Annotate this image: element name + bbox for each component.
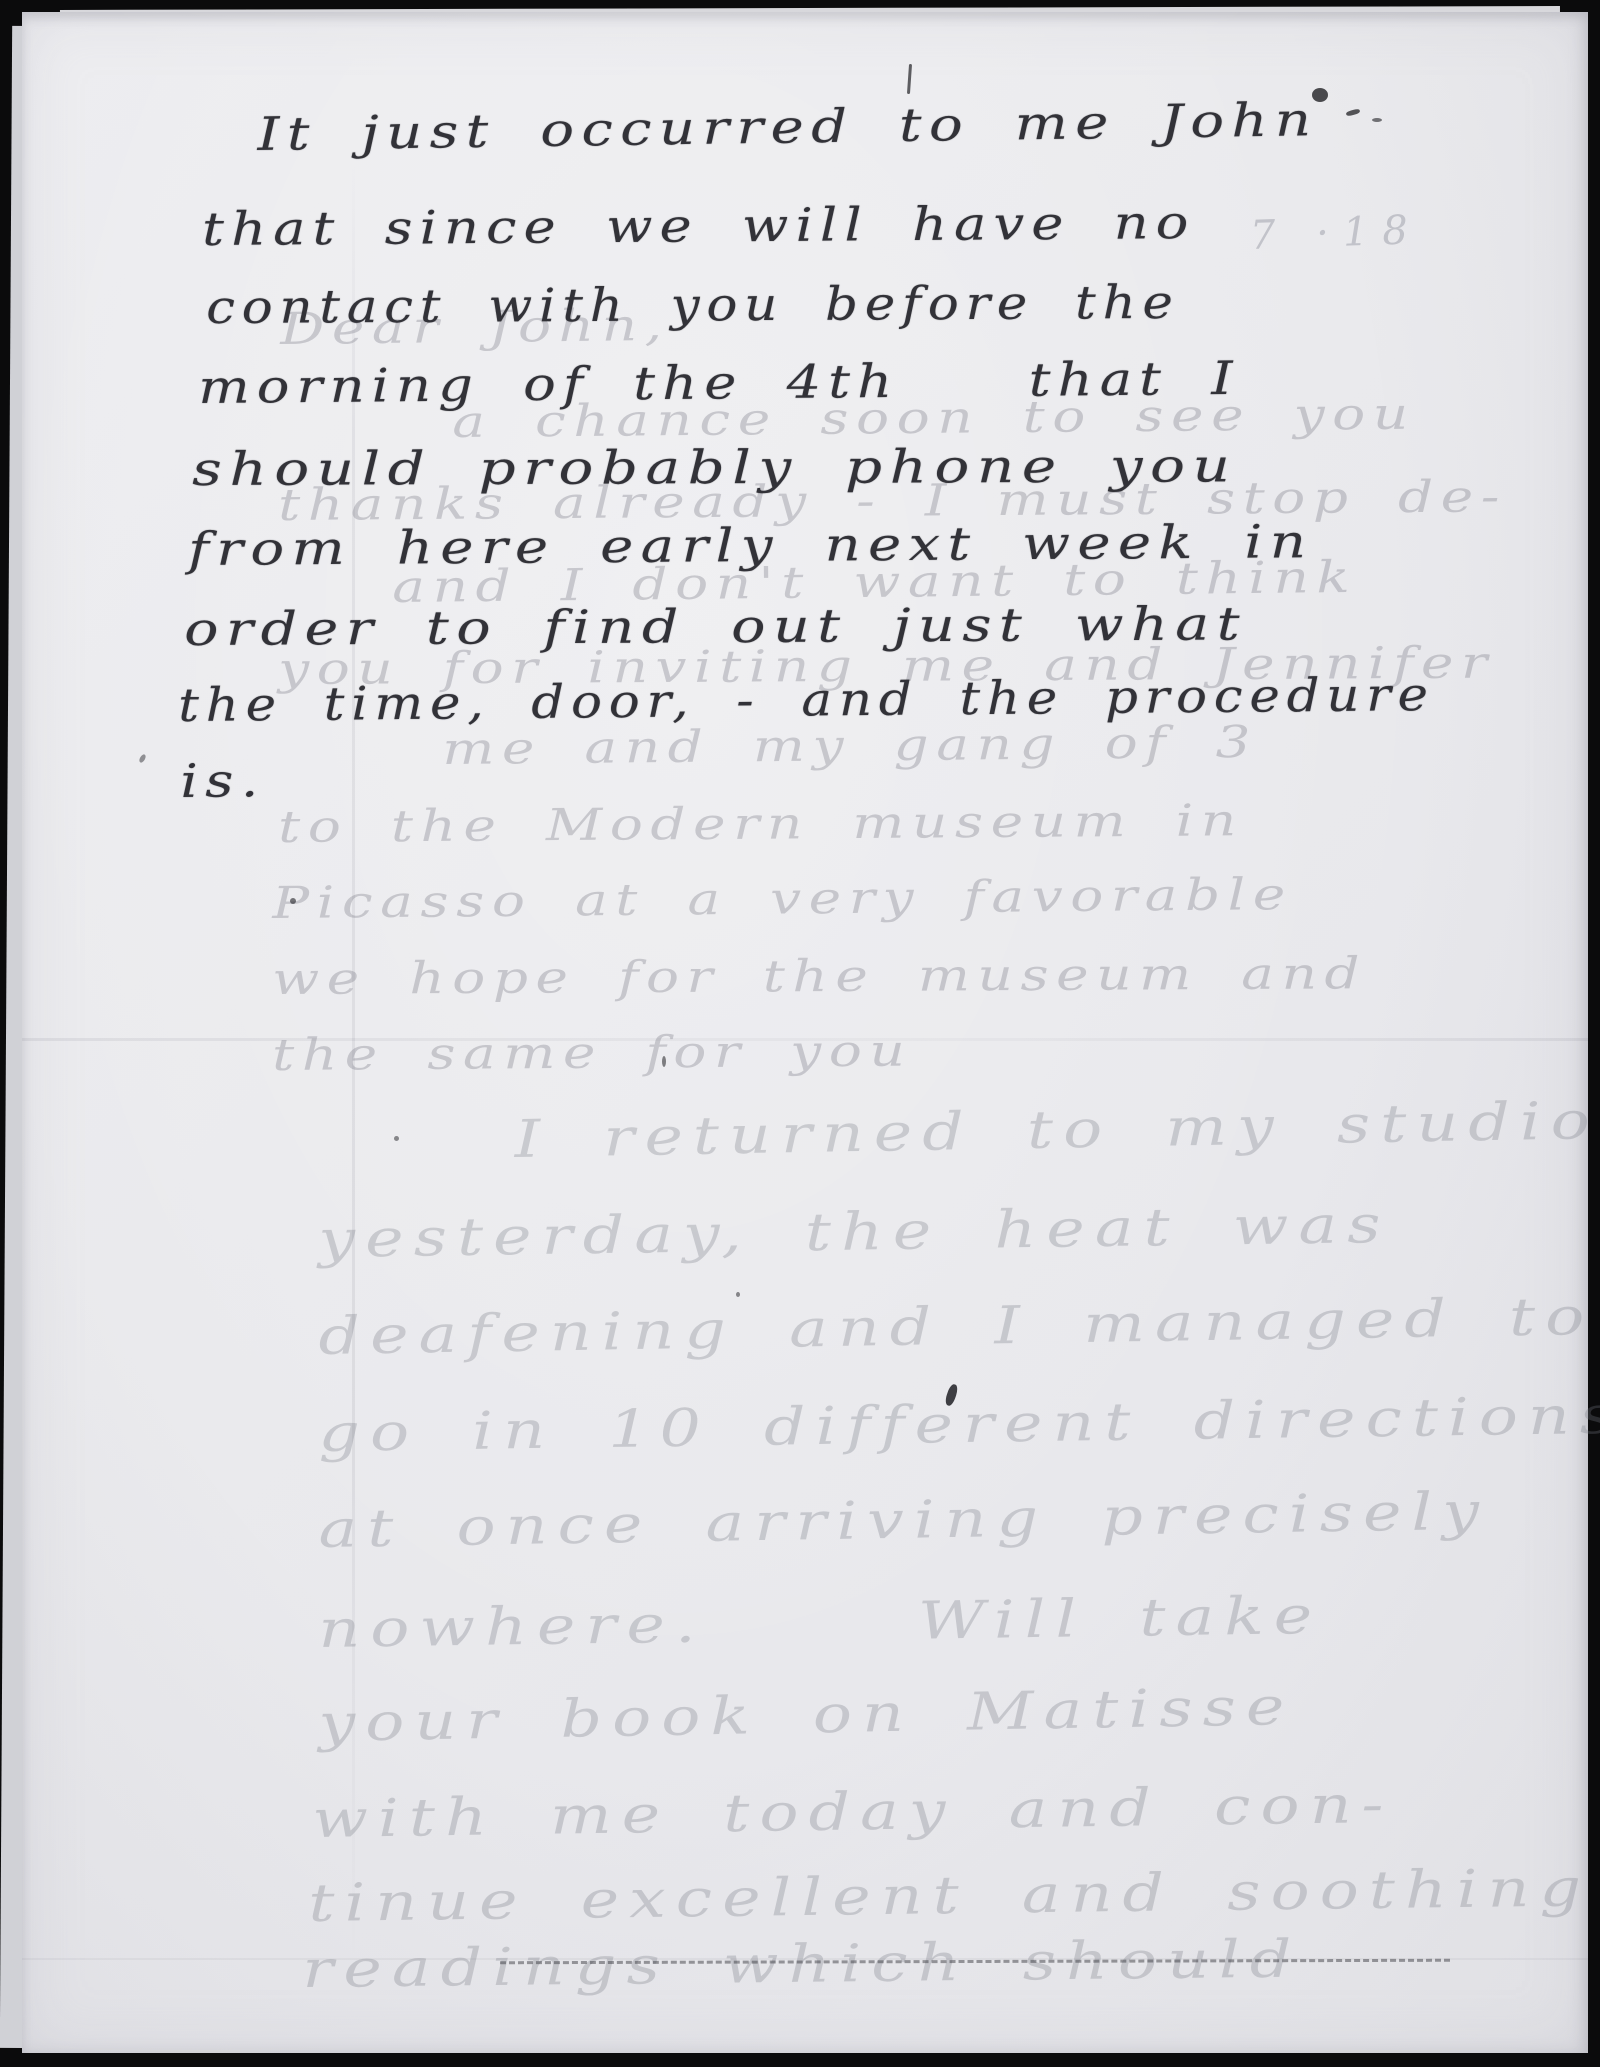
handwritten-line: morning of the 4th that I bbox=[198, 351, 1240, 414]
scan-speck bbox=[736, 1292, 740, 1297]
scan-speck bbox=[662, 1056, 666, 1067]
ghost-line: yesterday, the heat was bbox=[318, 1195, 1391, 1270]
ghost-line: deafening and I managed to bbox=[318, 1287, 1595, 1367]
ghost-line: at once arriving precisely bbox=[318, 1482, 1489, 1560]
ghost-line: readings which should bbox=[302, 1930, 1302, 2000]
handwritten-line: from here early next week in bbox=[188, 514, 1313, 576]
handwritten-line: is. bbox=[180, 753, 266, 808]
handwritten-line: It just occurred to me John bbox=[257, 92, 1319, 161]
ghost-line: we hope for the museum and bbox=[272, 948, 1367, 1005]
scan-speck bbox=[394, 1136, 399, 1141]
pencil-corner-note: 7 ·18 bbox=[1249, 207, 1422, 259]
ink-tick-mark bbox=[907, 64, 912, 94]
ink-blot bbox=[1346, 108, 1361, 116]
ghost-line: nowhere. Will take bbox=[318, 1586, 1322, 1660]
ghost-line: to the Modern museum in bbox=[278, 795, 1244, 853]
ghost-line: with me today and con- bbox=[312, 1775, 1394, 1850]
ghost-line: your book on Matisse bbox=[318, 1677, 1295, 1754]
handwritten-line: order to find out just what bbox=[184, 596, 1247, 656]
ghost-line: Picasso at a very favorable bbox=[272, 869, 1293, 929]
ink-blot bbox=[1372, 118, 1382, 122]
scan-speck bbox=[290, 898, 296, 904]
ghost-line: I returned to my studio bbox=[514, 1091, 1600, 1170]
ghost-line: tinue excellent and soothing bbox=[308, 1858, 1591, 1934]
letter-page: Dear John, a chance soon to see you than… bbox=[22, 12, 1588, 2053]
handwritten-line: should probably phone you bbox=[192, 438, 1238, 496]
ghost-line: the same for you bbox=[272, 1026, 912, 1081]
ghost-line: go in 10 different directions bbox=[318, 1386, 1600, 1464]
scan-speck bbox=[138, 753, 147, 763]
scanned-letter-screenshot: { "document": { "kind_label": "Handwritt… bbox=[0, 0, 1600, 2067]
handwritten-line: the time, door, - and the procedure bbox=[178, 667, 1435, 732]
handwritten-line: contact with you before the bbox=[206, 275, 1180, 334]
ink-blot bbox=[1312, 88, 1328, 102]
handwritten-line: that since we will have no bbox=[202, 195, 1196, 256]
